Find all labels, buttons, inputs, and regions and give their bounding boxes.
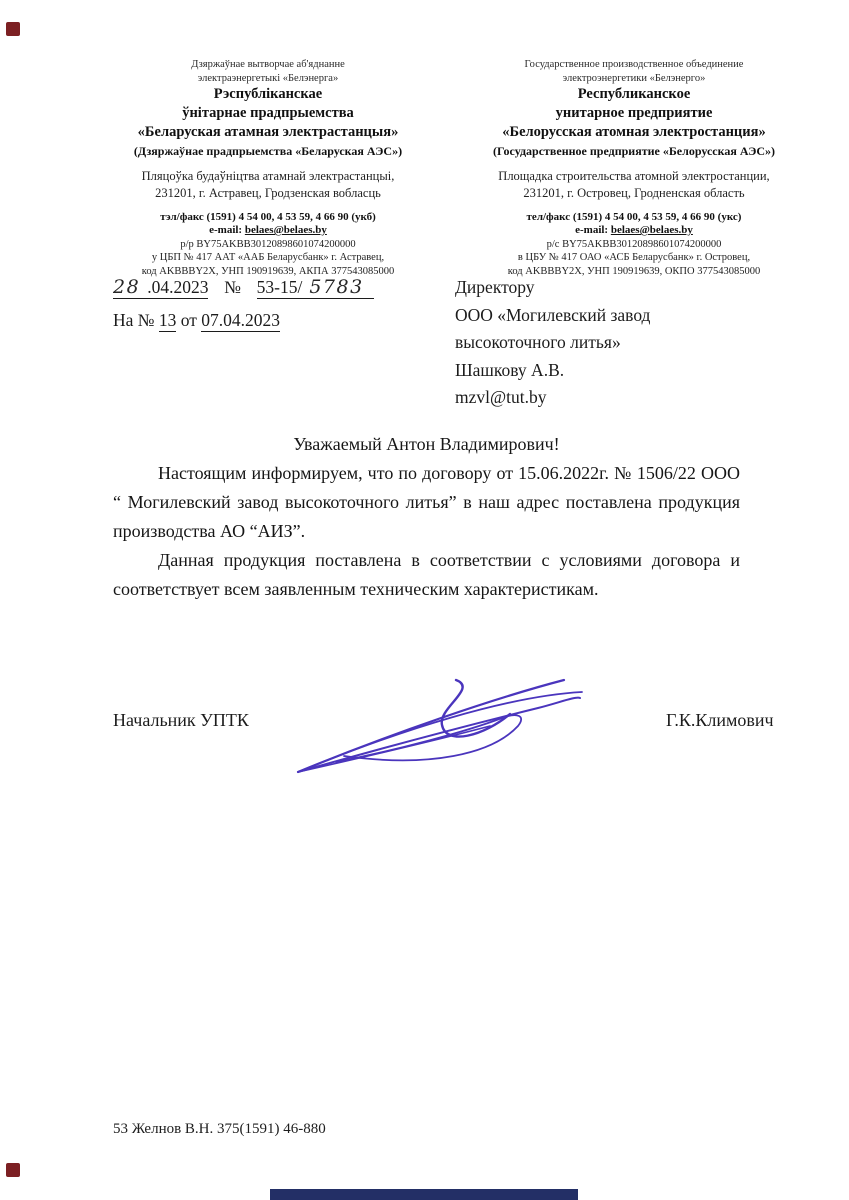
salutation: Уважаемый Антон Владимирович! xyxy=(113,430,740,459)
org-email: e-mail: belaes@belaes.by xyxy=(98,224,438,238)
org-email: e-mail: belaes@belaes.by xyxy=(456,224,812,238)
reply-from: от xyxy=(181,310,197,330)
outgoing-date: 28.04.2023 xyxy=(113,277,208,299)
body-paragraph-2: Данная продукция поставлена в соответств… xyxy=(113,546,740,604)
outgoing-date-printed: .04.2023 xyxy=(147,277,208,297)
org-phone: тэл/факс (1591) 4 54 00, 4 53 59, 4 66 9… xyxy=(98,210,438,224)
outgoing-number-handwritten: 5783 xyxy=(309,276,363,298)
number-sign: № xyxy=(224,277,241,297)
org-short-name: (Государственное предприятие «Белорусска… xyxy=(456,143,812,159)
org-address-line: 231201, г. Островец, Гродненская область xyxy=(456,185,812,202)
executor-footer: 53 Желнов В.Н. 375(1591) 46-880 xyxy=(113,1121,326,1138)
email-label: e-mail: xyxy=(575,224,608,236)
addressee-line: высокоточного литья» xyxy=(455,329,650,357)
org-address-line: Площадка строительства атомной электрост… xyxy=(456,168,812,185)
org-name-line: «Белорусская атомная электростанция» xyxy=(456,123,812,142)
org-address-line: Пляцоўка будаўніцтва атамнай электрастан… xyxy=(98,168,438,185)
letterhead-right-russian: Государственное производственное объедин… xyxy=(456,58,812,278)
addressee-email: mzvl@tut.by xyxy=(455,384,650,412)
letter-body: Уважаемый Антон Владимирович! Настоящим … xyxy=(113,430,740,604)
incoming-ref-line: На № 13 от 07.04.2023 xyxy=(113,310,374,331)
scan-mark-top-left xyxy=(6,22,20,36)
outgoing-number: 53-15/5783 xyxy=(257,277,374,299)
email-label: e-mail: xyxy=(209,224,242,236)
incoming-number: 13 xyxy=(159,310,177,332)
parent-org-line: электроэнергетики «Белэнерго» xyxy=(456,72,812,86)
scan-mark-bottom-left xyxy=(6,1163,20,1177)
outgoing-number-printed: 53-15/ xyxy=(257,277,303,297)
handwritten-signature xyxy=(280,668,600,780)
org-address: Площадка строительства атомной электрост… xyxy=(456,168,812,202)
incoming-date: 07.04.2023 xyxy=(201,310,280,332)
bank-details-line: у ЦБП № 417 ААТ «ААБ Беларусбанк» г. Аст… xyxy=(98,251,438,265)
org-name-line: Рэспубліканскае xyxy=(98,85,438,104)
reply-prefix: На № xyxy=(113,310,154,330)
reference-block: 28.04.2023 № 53-15/5783 На № 13 от 07.04… xyxy=(113,276,374,331)
bank-details-line: р/р BY75AKBB30120898601074200000 xyxy=(98,238,438,252)
outgoing-ref-line: 28.04.2023 № 53-15/5783 xyxy=(113,276,374,298)
parent-org-line: электраэнергетыкі «Белэнерга» xyxy=(98,72,438,86)
letterhead: Дзяржаўнае вытворчае аб'яднанне электраэ… xyxy=(98,58,812,278)
body-paragraph-1: Настоящим информируем, что по договору о… xyxy=(113,459,740,546)
email-address: belaes@belaes.by xyxy=(245,224,327,236)
letterhead-left-belarusian: Дзяржаўнае вытворчае аб'яднанне электраэ… xyxy=(98,58,438,278)
signer-position: Начальник УПТК xyxy=(113,710,249,731)
scanned-letter-page: Дзяржаўнае вытворчае аб'яднанне электраэ… xyxy=(0,0,849,1200)
org-name-line: Республиканское xyxy=(456,85,812,104)
org-short-name: (Дзяржаўнае прадпрыемства «Беларуская АЭ… xyxy=(98,143,438,159)
parent-org-line: Дзяржаўнае вытворчае аб'яднанне xyxy=(98,58,438,72)
signer-name: Г.К.Климович xyxy=(666,710,774,731)
org-phone: тел/факс (1591) 4 54 00, 4 53 59, 4 66 9… xyxy=(456,210,812,224)
scan-mark-bottom-bar xyxy=(270,1189,578,1200)
bank-details-line: р/с BY75AKBB30120898601074200000 xyxy=(456,238,812,252)
org-name-line: унитарное предприятие xyxy=(456,104,812,123)
addressee-block: Директору ООО «Могилевский завод высокот… xyxy=(455,274,650,412)
addressee-line: ООО «Могилевский завод xyxy=(455,302,650,330)
org-address: Пляцоўка будаўніцтва атамнай электрастан… xyxy=(98,168,438,202)
email-address: belaes@belaes.by xyxy=(611,224,693,236)
org-address-line: 231201, г. Астравец, Гродзенская вобласц… xyxy=(98,185,438,202)
addressee-line: Шашкову А.В. xyxy=(455,357,650,385)
outgoing-date-day-handwritten: 28 xyxy=(113,276,140,298)
org-name-line: ўнітарнае прадпрыемства xyxy=(98,104,438,123)
addressee-line: Директору xyxy=(455,274,650,302)
bank-details-line: в ЦБУ № 417 ОАО «АСБ Беларусбанк» г. Ост… xyxy=(456,251,812,265)
parent-org-line: Государственное производственное объедин… xyxy=(456,58,812,72)
org-name-line: «Беларуская атамная электрастанцыя» xyxy=(98,123,438,142)
